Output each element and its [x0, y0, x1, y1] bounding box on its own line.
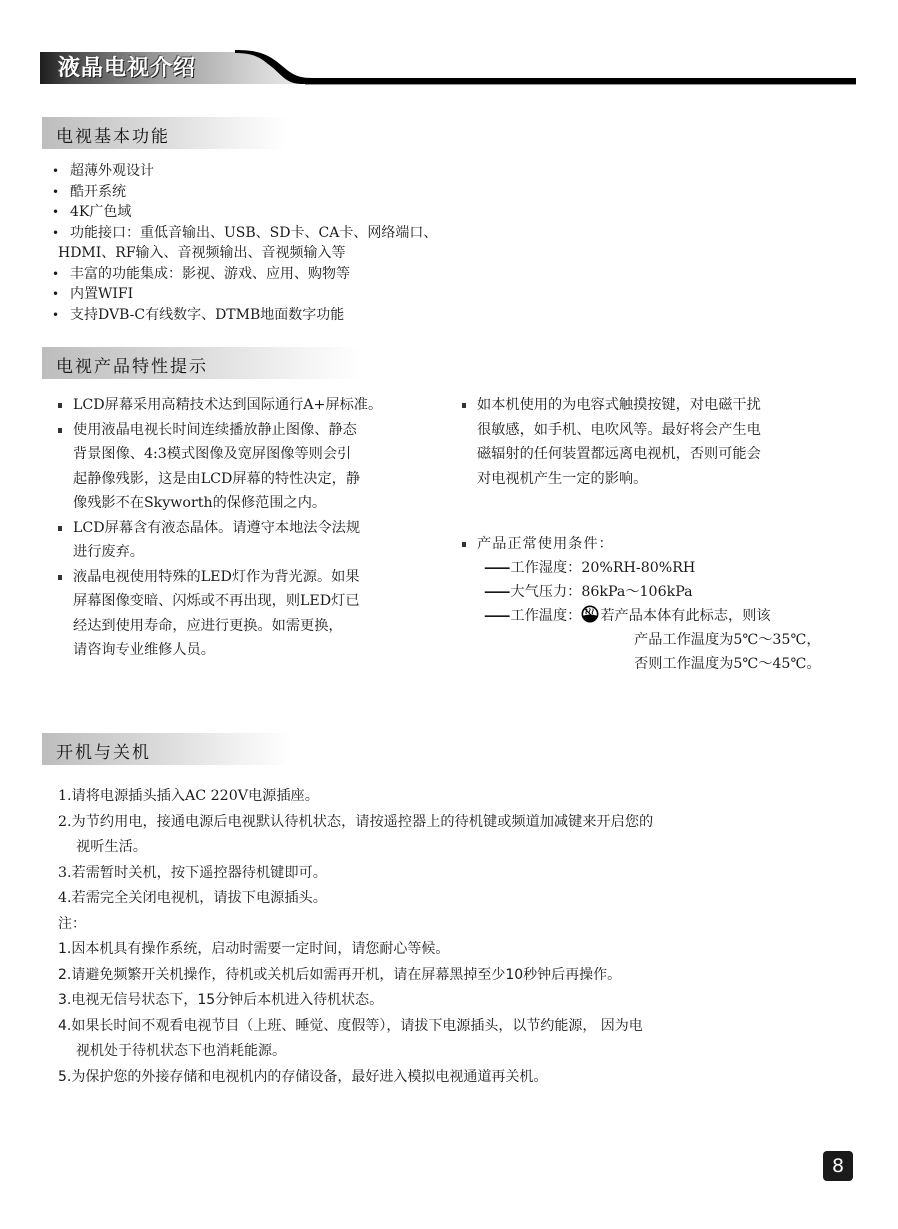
list-item: LCD屏幕含有液态晶体。请遵守本地法令法规 进行废弃。 — [58, 516, 438, 565]
line: 屏幕图像变暗、闪烁或不再出现，则LED灯已 — [73, 589, 438, 614]
page-title: 液晶电视介绍 — [58, 51, 196, 82]
section-header-power-on-off: 开机与关机 — [42, 733, 292, 765]
section-title: 电视产品特性提示 — [56, 352, 208, 377]
temperature-label: 工作温度： — [510, 608, 581, 624]
temperature-text-continued: 产品工作温度为5℃～35℃， — [462, 628, 821, 652]
line: 对电视机产生一定的影响。 — [477, 467, 852, 492]
basic-features-list: 超薄外观设计 酷开系统 4K广色域 功能接口：重低音输出、USB、SD卡、CA卡… — [52, 161, 437, 325]
dash: —— — [484, 604, 508, 628]
section-title: 开机与关机 — [56, 738, 151, 763]
step-item-continuation: 视听生活。 — [58, 835, 848, 861]
list-item: 4K广色域 — [52, 202, 437, 223]
line: 像残影不在Skyworth的保修范围之内。 — [73, 491, 438, 516]
line: 如本机使用的为电容式触摸按键，对电磁干扰 — [477, 393, 852, 418]
dash: —— — [484, 580, 508, 604]
note-item: 2.请避免频繁开关机操作，待机或关机后如需再开机，请在屏幕黑掉至少10秒钟后再操… — [58, 963, 848, 989]
section-header-basic-functions: 电视基本功能 — [42, 117, 287, 149]
list-item: 功能接口：重低音输出、USB、SD卡、CA卡、网络端口、 — [52, 223, 437, 244]
power-steps: 1.请将电源插头插入AC 220V电源插座。 2.为节约用电，接通电源后电视默认… — [58, 784, 848, 1090]
note-item: 4.如果长时间不观看电视节目（上班、睡觉、度假等），请拔下电源插头，以节约能源，… — [58, 1014, 848, 1040]
step-item: 2.为节约用电，接通电源后电视默认待机状态，请按遥控器上的待机键或频道加减键来开… — [58, 810, 848, 836]
list-item: 使用液晶电视长时间连续播放静止图像、静态 背景图像、4:3模式图像及宽屏图像等则… — [58, 418, 438, 516]
list-item-continuation: HDMI、RF输入、音视频输出、音视频输入等 — [52, 243, 437, 264]
note-item: 5.为保护您的外接存储和电视机内的存储设备，最好进入模拟电视通道再关机。 — [58, 1065, 848, 1091]
step-item: 3.若需暂时关机，按下遥控器待机键即可。 — [58, 861, 848, 887]
usage-conditions: 产品正常使用条件： ——工作湿度：20%RH-80%RH ——大气压力：86kP… — [462, 532, 821, 676]
line: LCD屏幕含有液态晶体。请遵守本地法令法规 — [73, 516, 438, 541]
temperature-restriction-icon — [581, 605, 599, 623]
step-item: 4.若需完全关闭电视机，请拔下电源插头。 — [58, 886, 848, 912]
humidity-text: 工作湿度：20%RH-80%RH — [510, 560, 695, 576]
condition-temperature: ——工作温度： 若产品本体有此标志，则该 — [462, 604, 821, 628]
note-item: 3.电视无信号状态下，15分钟后本机进入待机状态。 — [58, 988, 848, 1014]
list-item: 超薄外观设计 — [52, 161, 437, 182]
note-item: 1.因本机具有操作系统，启动时需要一定时间，请您耐心等候。 — [58, 937, 848, 963]
pressure-text: 大气压力：86kPa～106kPa — [510, 584, 692, 600]
line: 请咨询专业维修人员。 — [73, 638, 438, 663]
page-header: 液晶电视介绍 — [40, 44, 856, 86]
tips-list-right: 如本机使用的为电容式触摸按键，对电磁干扰 很敏感，如手机、电吹风等。最好将会产生… — [462, 393, 852, 491]
condition-pressure: ——大气压力：86kPa～106kPa — [462, 580, 821, 604]
line: 使用液晶电视长时间连续播放静止图像、静态 — [73, 418, 438, 443]
temperature-text: 若产品本体有此标志，则该 — [600, 608, 770, 624]
list-item: 如本机使用的为电容式触摸按键，对电磁干扰 很敏感，如手机、电吹风等。最好将会产生… — [462, 393, 852, 491]
line: 磁辐射的任何装置都远离电视机，否则可能会 — [477, 442, 852, 467]
line: LCD屏幕采用高精技术达到国际通行A+屏标准。 — [73, 393, 438, 418]
temperature-text-continued: 否则工作温度为5℃～45℃。 — [462, 652, 821, 676]
section-title: 电视基本功能 — [56, 122, 170, 147]
list-item: 内置WIFI — [52, 284, 437, 305]
list-item: 支持DVB-C有线数字、DTMB地面数字功能 — [52, 305, 437, 326]
line: 背景图像、4:3模式图像及宽屏图像等则会引 — [73, 442, 438, 467]
dash: —— — [484, 556, 508, 580]
list-item: 液晶电视使用特殊的LED灯作为背光源。如果 屏幕图像变暗、闪烁或不再出现，则LE… — [58, 565, 438, 663]
list-item: LCD屏幕采用高精技术达到国际通行A+屏标准。 — [58, 393, 438, 418]
note-label: 注： — [58, 912, 848, 938]
tips-list-left: LCD屏幕采用高精技术达到国际通行A+屏标准。 使用液晶电视长时间连续播放静止图… — [58, 393, 438, 663]
conditions-title: 产品正常使用条件： — [462, 532, 821, 556]
line: 液晶电视使用特殊的LED灯作为背光源。如果 — [73, 565, 438, 590]
line: 很敏感，如手机、电吹风等。最好将会产生电 — [477, 418, 852, 443]
line: 进行废弃。 — [73, 540, 438, 565]
line: 起静像残影，这是由LCD屏幕的特性决定，静 — [73, 467, 438, 492]
page-number-badge: 8 — [823, 1151, 853, 1181]
list-item: 酷开系统 — [52, 182, 437, 203]
section-header-product-tips: 电视产品特性提示 — [42, 347, 360, 379]
note-item-continuation: 视机处于待机状态下也消耗能源。 — [58, 1039, 848, 1065]
list-item: 丰富的功能集成：影视、游戏、应用、购物等 — [52, 264, 437, 285]
condition-humidity: ——工作湿度：20%RH-80%RH — [462, 556, 821, 580]
step-item: 1.请将电源插头插入AC 220V电源插座。 — [58, 784, 848, 810]
line: 经达到使用寿命，应进行更换。如需更换， — [73, 614, 438, 639]
